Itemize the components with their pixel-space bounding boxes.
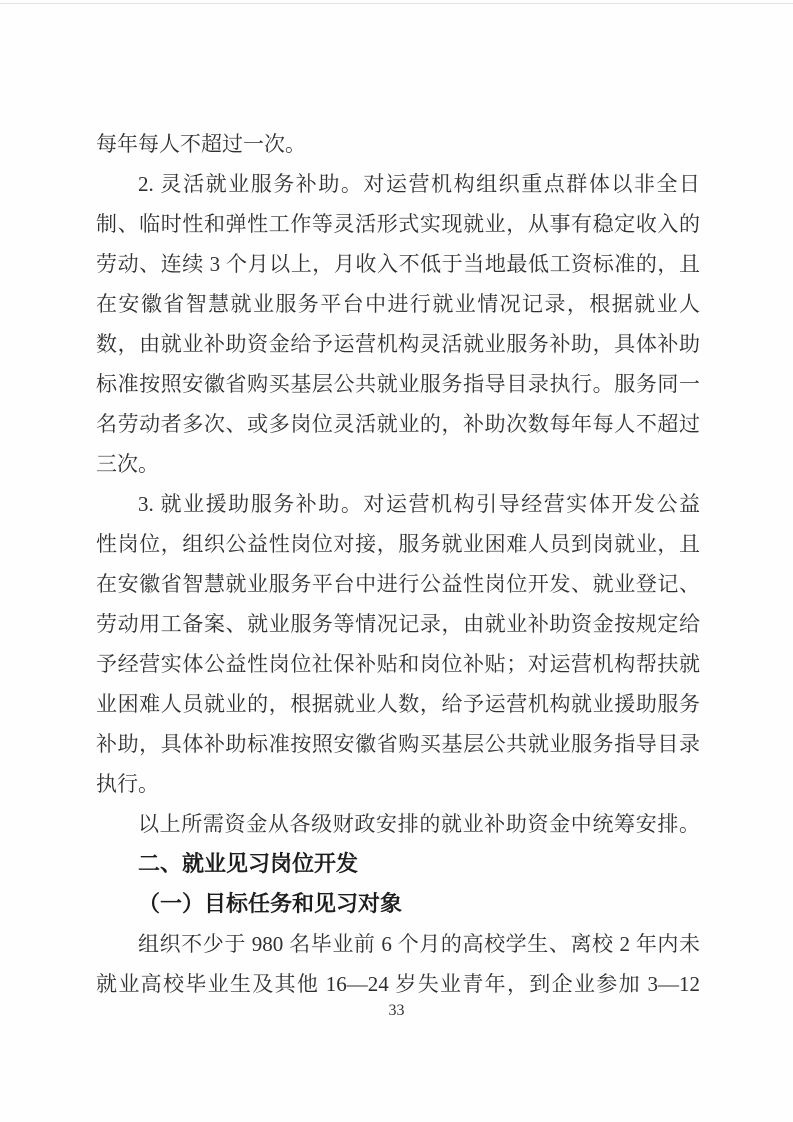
text-line: 数，由就业补助资金给予运营机构灵活就业服务补助，具体补助 (96, 324, 700, 364)
subsection-heading: （一）目标任务和见习对象 (96, 884, 700, 924)
text-line: 三次。 (96, 444, 700, 484)
scan-artifact-line (0, 3, 793, 4)
text-line: 组织不少于 980 名毕业前 6 个月的高校学生、离校 2 年内未 (96, 924, 700, 964)
text-line: 以上所需资金从各级财政安排的就业补助资金中统筹安排。 (96, 804, 700, 844)
text-line: 性岗位，组织公益性岗位对接，服务就业困难人员到岗就业，且 (96, 524, 700, 564)
text-line: 2. 灵活就业服务补助。对运营机构组织重点群体以非全日 (96, 164, 700, 204)
text-line: 劳动用工备案、就业服务等情况记录，由就业补助资金按规定给 (96, 604, 700, 644)
text-line: 在安徽省智慧就业服务平台中进行就业情况记录，根据就业人 (96, 284, 700, 324)
text-line: 业困难人员就业的，根据就业人数，给予运营机构就业援助服务 (96, 684, 700, 724)
section-heading: 二、就业见习岗位开发 (96, 844, 700, 884)
page-number: 33 (0, 1000, 793, 1022)
text-line: 3. 就业援助服务补助。对运营机构引导经营实体开发公益 (96, 484, 700, 524)
text-line: 每年每人不超过一次。 (96, 124, 700, 164)
text-line: 劳动、连续 3 个月以上，月收入不低于当地最低工资标准的，且 (96, 244, 700, 284)
text-line: 制、临时性和弹性工作等灵活形式实现就业，从事有稳定收入的 (96, 204, 700, 244)
text-line: 在安徽省智慧就业服务平台中进行公益性岗位开发、就业登记、 (96, 564, 700, 604)
document-page: 每年每人不超过一次。 2. 灵活就业服务补助。对运营机构组织重点群体以非全日 制… (0, 0, 793, 1122)
document-body: 每年每人不超过一次。 2. 灵活就业服务补助。对运营机构组织重点群体以非全日 制… (96, 124, 700, 1004)
text-line: 予经营实体公益性岗位社保补贴和岗位补贴；对运营机构帮扶就 (96, 644, 700, 684)
text-line: 标准按照安徽省购买基层公共就业服务指导目录执行。服务同一 (96, 364, 700, 404)
text-line: 就业高校毕业生及其他 16—24 岁失业青年，到企业参加 3—12 (96, 964, 700, 1004)
text-line: 补助，具体补助标准按照安徽省购买基层公共就业服务指导目录 (96, 724, 700, 764)
text-line: 执行。 (96, 764, 700, 804)
text-line: 名劳动者多次、或多岗位灵活就业的，补助次数每年每人不超过 (96, 404, 700, 444)
